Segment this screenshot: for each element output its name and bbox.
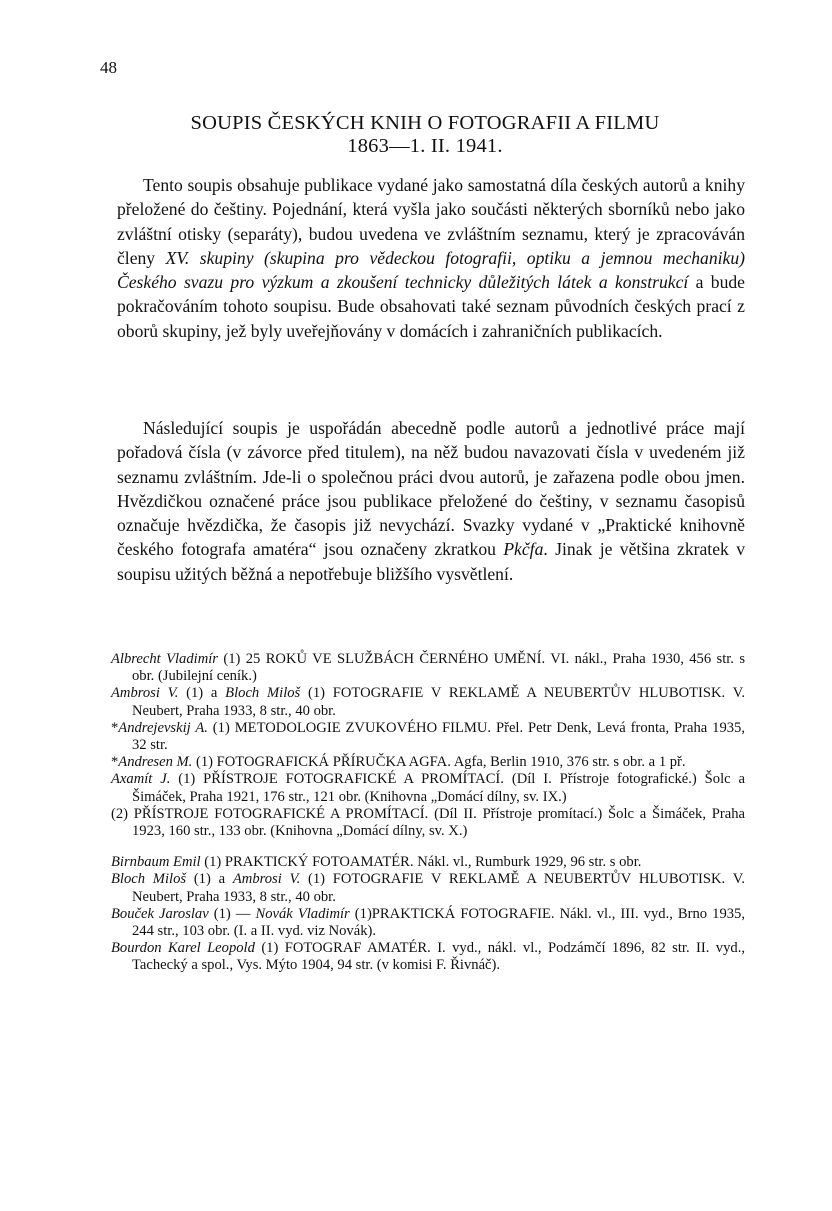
entry-coauthor: Novák Vladimír: [256, 906, 350, 922]
paragraph-italic-text: XV. skupiny (skupina pro vědeckou fotogr…: [117, 248, 745, 292]
bibliography-entry: Albrecht Vladimír (1) 25 ROKŮ VE SLUŽBÁC…: [111, 651, 745, 685]
entry-text: (1) METODOLOGIE ZVUKOVÉHO FILMU. Přel. P…: [132, 720, 745, 753]
title-line-1: SOUPIS ČESKÝCH KNIH O FOTOGRAFII A FILMU: [100, 112, 750, 135]
entry-author: Bourdon Karel Leopold: [111, 940, 255, 956]
entry-author: Andresen M.: [118, 754, 192, 770]
entry-text: (1) PŘÍSTROJE FOTOGRAFICKÉ A PROMÍTACÍ. …: [132, 771, 745, 804]
entry-author: Ambrosi V.: [111, 685, 178, 701]
entry-author: Andrejevskij A.: [118, 720, 208, 736]
bibliography-entry: Bloch Miloš (1) a Ambrosi V. (1) FOTOGRA…: [111, 871, 745, 905]
bibliography-entry: Birnbaum Emil (1) PRAKTICKÝ FOTOAMATÉR. …: [111, 854, 745, 871]
entry-author: Axamít J.: [111, 771, 170, 787]
entry-coauthor: Bloch Miloš: [225, 685, 300, 701]
bibliography-entry: Bouček Jaroslav (1) — Novák Vladimír (1)…: [111, 906, 745, 940]
bibliography-list: Albrecht Vladimír (1) 25 ROKŮ VE SLUŽBÁC…: [111, 651, 745, 975]
entry-text: (1) FOTOGRAFICKÁ PŘÍRUČKA AGFA. Agfa, Be…: [192, 754, 685, 770]
entry-text: (1) 25 ROKŮ VE SLUŽBÁCH ČERNÉHO UMĚNÍ. V…: [132, 651, 745, 684]
entry-coauthor: Ambrosi V.: [233, 871, 300, 887]
intro-paragraph-1: Tento soupis obsahuje publikace vydané j…: [117, 173, 745, 343]
bibliography-entry: Bourdon Karel Leopold (1) FOTOGRAF AMATÉ…: [111, 940, 745, 974]
bibliography-entry: Axamít J. (1) PŘÍSTROJE FOTOGRAFICKÉ A P…: [111, 771, 745, 805]
entry-author: Bloch Miloš: [111, 871, 186, 887]
entry-author: Bouček Jaroslav: [111, 906, 209, 922]
bibliography-entry: *Andresen M. (1) FOTOGRAFICKÁ PŘÍRUČKA A…: [111, 754, 745, 771]
document-page: 48 SOUPIS ČESKÝCH KNIH O FOTOGRAFII A FI…: [0, 0, 832, 1211]
paragraph-italic-text: Pkčfa: [503, 539, 543, 559]
title-line-2: 1863—1. II. 1941.: [100, 135, 750, 158]
page-number: 48: [100, 58, 117, 78]
entry-author: Albrecht Vladimír: [111, 651, 218, 667]
bibliography-subentry: (2) PŘÍSTROJE FOTOGRAFICKÉ A PROMÍTACÍ. …: [111, 806, 745, 840]
intro-paragraph-2: Následující soupis je uspořádán abecedně…: [117, 416, 745, 586]
bibliography-entry: Ambrosi V. (1) a Bloch Miloš (1) FOTOGRA…: [111, 685, 745, 719]
entry-text: (1) PRAKTICKÝ FOTOAMATÉR. Nákl. vl., Rum…: [201, 854, 642, 870]
bibliography-entry: *Andrejevskij A. (1) METODOLOGIE ZVUKOVÉ…: [111, 720, 745, 754]
entry-author: Birnbaum Emil: [111, 854, 201, 870]
section-gap: [111, 840, 745, 854]
page-title: SOUPIS ČESKÝCH KNIH O FOTOGRAFII A FILMU…: [100, 112, 750, 158]
